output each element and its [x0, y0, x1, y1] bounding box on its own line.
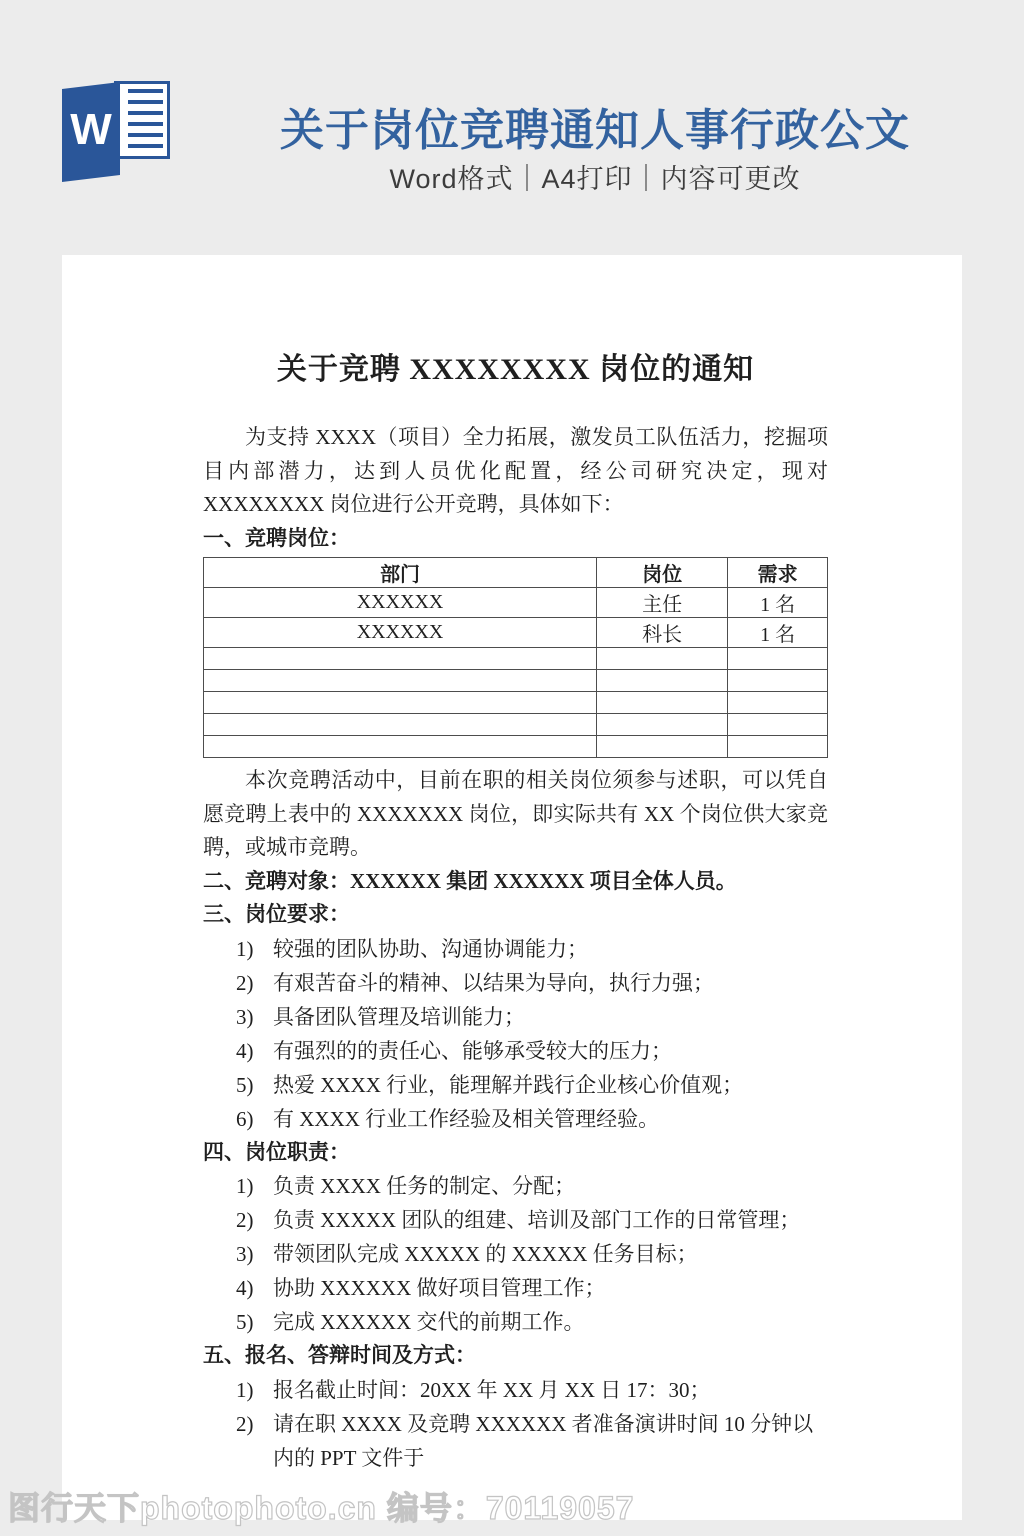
item-number: 1): [236, 932, 273, 966]
requirement-item: 5) 热爱 XXXX 行业，能理解并践行企业核心价值观；: [203, 1068, 828, 1102]
item-text: 较强的团队协助、沟通协调能力；: [273, 932, 828, 966]
table-row: [204, 670, 828, 692]
item-text: 具备团队管理及培训能力；: [273, 1000, 828, 1034]
word-icon-letter: W: [70, 108, 112, 156]
banner-subtitle: Word格式｜A4打印｜内容可更改: [190, 157, 1000, 196]
duty-item: 1) 负责 XXXX 任务的制定、分配；: [203, 1169, 828, 1203]
duty-item: 4) 协助 XXXXXX 做好项目管理工作；: [203, 1271, 828, 1305]
table-row: XXXXXX 科长 1 名: [204, 618, 828, 648]
document-content: 关于竞聘 XXXXXXXX 岗位的通知 为支持 XXXX（项目）全力拓展，激发员…: [203, 255, 828, 1475]
cell-demand: [728, 670, 828, 692]
cell-department: [204, 736, 597, 758]
requirement-item: 3) 具备团队管理及培训能力；: [203, 1000, 828, 1034]
cell-position: [597, 736, 728, 758]
cell-position: 主任: [597, 588, 728, 618]
item-number: 5): [236, 1305, 273, 1339]
table-row: XXXXXX 主任 1 名: [204, 588, 828, 618]
cell-department: [204, 670, 597, 692]
cell-demand: [728, 648, 828, 670]
word-file-icon: W: [62, 78, 176, 184]
cell-position: [597, 692, 728, 714]
item-number: 1): [236, 1373, 273, 1407]
section-2-heading: 二、竞聘对象：XXXXXX 集团 XXXXXX 项目全体人员。: [203, 865, 828, 899]
item-number: 6): [236, 1102, 273, 1136]
word-icon-document: [114, 81, 170, 159]
duty-item: 2) 负责 XXXXX 团队的组建、培训及部门工作的日常管理；: [203, 1203, 828, 1237]
duty-item: 3) 带领团队完成 XXXXX 的 XXXXX 任务目标；: [203, 1237, 828, 1271]
cell-department: XXXXXX: [204, 588, 597, 618]
col-header-demand: 需求: [728, 558, 828, 588]
item-text: 完成 XXXXXX 交代的前期工作。: [273, 1305, 828, 1339]
requirement-item: 1) 较强的团队协助、沟通协调能力；: [203, 932, 828, 966]
banner-title: 关于岗位竞聘通知人事行政公文: [190, 94, 1000, 158]
item-number: 2): [236, 1203, 273, 1237]
item-number: 4): [236, 1271, 273, 1305]
section-4-heading: 四、岗位职责：: [203, 1136, 828, 1170]
banner: W 关于岗位竞聘通知人事行政公文 Word格式｜A4打印｜内容可更改: [0, 0, 1024, 255]
item-number: 2): [236, 966, 273, 1000]
item-text: 报名截止时间：20XX 年 XX 月 XX 日 17：30；: [273, 1373, 828, 1407]
item-number: 2): [236, 1407, 273, 1475]
item-text: 热爱 XXXX 行业，能理解并践行企业核心价值观；: [273, 1068, 828, 1102]
col-header-department: 部门: [204, 558, 597, 588]
item-number: 3): [236, 1237, 273, 1271]
item-text: 负责 XXXX 任务的制定、分配；: [273, 1169, 828, 1203]
item-text: 有 XXXX 行业工作经验及相关管理经验。: [273, 1102, 828, 1136]
positions-table: 部门 岗位 需求 XXXXXX 主任 1 名 XXXXXX 科长 1 名: [203, 557, 828, 758]
section-1-heading: 一、竞聘岗位：: [203, 522, 828, 556]
cell-position: [597, 714, 728, 736]
requirement-item: 2) 有艰苦奋斗的精神、以结果为导向，执行力强；: [203, 966, 828, 1000]
table-row: [204, 736, 828, 758]
cell-demand: [728, 692, 828, 714]
item-number: 5): [236, 1068, 273, 1102]
item-text: 负责 XXXXX 团队的组建、培训及部门工作的日常管理；: [273, 1203, 828, 1237]
section-5-heading: 五、报名、答辩时间及方式：: [203, 1339, 828, 1373]
item-text: 有艰苦奋斗的精神、以结果为导向，执行力强；: [273, 966, 828, 1000]
item-text: 请在职 XXXX 及竞聘 XXXXXX 者准备演讲时间 10 分钟以内的 PPT…: [273, 1407, 828, 1475]
cell-demand: [728, 714, 828, 736]
word-icon-w-panel: W: [62, 82, 120, 182]
duty-item: 5) 完成 XXXXXX 交代的前期工作。: [203, 1305, 828, 1339]
item-text: 有强烈的的责任心、能够承受较大的压力；: [273, 1034, 828, 1068]
table-header-row: 部门 岗位 需求: [204, 558, 828, 588]
note-paragraph: 本次竞聘活动中，目前在职的相关岗位须参与述职，可以凭自愿竞聘上表中的 XXXXX…: [203, 764, 828, 865]
section-3-heading: 三、岗位要求：: [203, 898, 828, 932]
intro-paragraph: 为支持 XXXX（项目）全力拓展，激发员工队伍活力，挖掘项目内部潜力，达到人员优…: [203, 421, 828, 522]
cell-department: [204, 648, 597, 670]
item-number: 3): [236, 1000, 273, 1034]
schedule-item: 1) 报名截止时间：20XX 年 XX 月 XX 日 17：30；: [203, 1373, 828, 1407]
site-watermark: 图行天下photophoto.cn 编号：70119057: [8, 1483, 634, 1529]
cell-demand: 1 名: [728, 618, 828, 648]
document-page: 关于竞聘 XXXXXXXX 岗位的通知 为支持 XXXX（项目）全力拓展，激发员…: [62, 255, 962, 1520]
word-icon-doclines: [128, 89, 163, 152]
requirement-item: 6) 有 XXXX 行业工作经验及相关管理经验。: [203, 1102, 828, 1136]
cell-department: XXXXXX: [204, 618, 597, 648]
doc-title: 关于竞聘 XXXXXXXX 岗位的通知: [203, 351, 828, 389]
cell-demand: 1 名: [728, 588, 828, 618]
cell-position: 科长: [597, 618, 728, 648]
col-header-position: 岗位: [597, 558, 728, 588]
cell-department: [204, 692, 597, 714]
cell-position: [597, 648, 728, 670]
table-row: [204, 714, 828, 736]
item-text: 协助 XXXXXX 做好项目管理工作；: [273, 1271, 828, 1305]
item-text: 带领团队完成 XXXXX 的 XXXXX 任务目标；: [273, 1237, 828, 1271]
item-number: 1): [236, 1169, 273, 1203]
cell-demand: [728, 736, 828, 758]
table-row: [204, 692, 828, 714]
item-number: 4): [236, 1034, 273, 1068]
cell-department: [204, 714, 597, 736]
table-row: [204, 648, 828, 670]
requirement-item: 4) 有强烈的的责任心、能够承受较大的压力；: [203, 1034, 828, 1068]
cell-position: [597, 670, 728, 692]
schedule-item: 2) 请在职 XXXX 及竞聘 XXXXXX 者准备演讲时间 10 分钟以内的 …: [203, 1407, 828, 1475]
